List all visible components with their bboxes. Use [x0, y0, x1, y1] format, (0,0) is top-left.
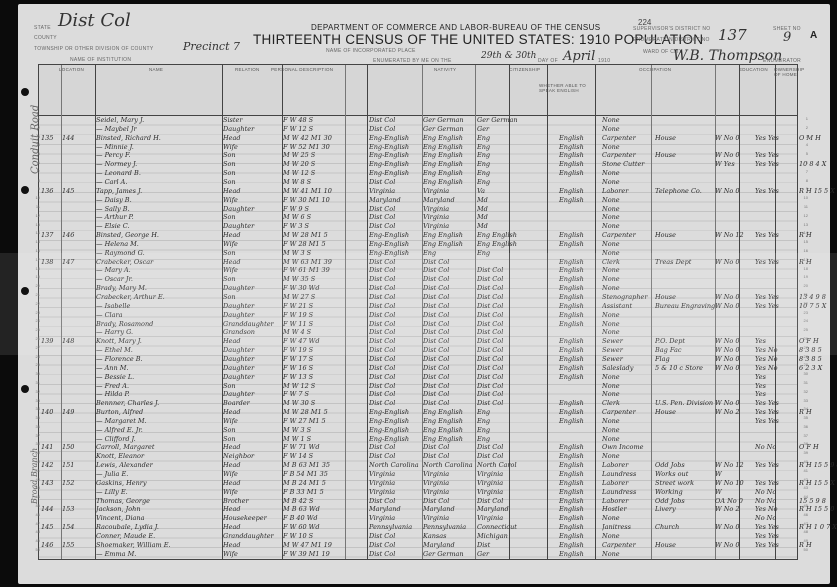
- cell-name: Knott, Eleanor: [96, 452, 221, 460]
- cell-name: Vincent, Diana: [96, 514, 221, 522]
- table-row: Brady, Mary M.DaughterF W 30 WdDist ColD…: [39, 284, 797, 293]
- cell-name: — Fred A.: [96, 382, 221, 390]
- table-header: Location Name Relation Personal Descript…: [39, 65, 797, 116]
- cell-language: English: [559, 160, 599, 168]
- cell-father-bp: Kansas: [423, 532, 475, 540]
- line-number: 39: [798, 450, 808, 459]
- cell-occupation: Saleslady: [602, 364, 652, 372]
- cell-father-bp: Dist Col: [423, 346, 475, 354]
- cell-occupation: Laborer: [602, 461, 652, 469]
- cell-dwelling: 136: [41, 187, 61, 195]
- cell-name: Binsted, George H.: [96, 231, 221, 239]
- cell-father-bp: Eng: [423, 249, 475, 257]
- cell-relation: Daughter: [223, 346, 281, 354]
- cell-family: 149: [62, 408, 84, 416]
- cell-dwelling: 143: [41, 479, 61, 487]
- cell-language: English: [559, 479, 599, 487]
- cell-birthplace: Eng-English: [369, 426, 421, 434]
- cell-education: Yes Yes: [755, 302, 797, 310]
- cell-education: Yes: [755, 382, 797, 390]
- cell-occupation: Janitress: [602, 523, 652, 531]
- cell-father-bp: Eng English: [423, 231, 475, 239]
- cell-father-bp: Virginia: [423, 187, 475, 195]
- cell-dwelling: 140: [41, 408, 61, 416]
- cell-desc: F W 48 S: [283, 116, 343, 124]
- cell-language: English: [559, 505, 599, 513]
- cell-family: 147: [62, 258, 84, 266]
- cell-birthplace: Eng-English: [369, 417, 421, 425]
- cell-mother-bp: Eng: [477, 134, 517, 142]
- cell-mother-bp: Dist Col: [477, 266, 517, 274]
- line-number: 10: [32, 195, 40, 204]
- cell-language: English: [559, 187, 599, 195]
- cell-desc: M W 63 M1 39: [283, 258, 343, 266]
- cell-employment: W No 0: [715, 541, 751, 549]
- cell-father-bp: Ger German: [423, 125, 475, 133]
- cell-name: — Maybel Jr: [96, 125, 221, 133]
- cell-language: English: [559, 258, 599, 266]
- line-number: 12: [32, 213, 40, 222]
- cell-father-bp: Dist Col: [423, 337, 475, 345]
- cell-occupation: None: [602, 328, 652, 336]
- cell-mother-bp: Dist Col: [477, 293, 517, 301]
- cell-dwelling: 138: [41, 258, 61, 266]
- line-number: 28: [32, 354, 40, 363]
- cell-name: — Hilda P.: [96, 390, 221, 398]
- cell-occupation: None: [602, 435, 652, 443]
- cell-father-bp: Maryland: [423, 541, 475, 549]
- cell-mother-bp: Eng: [477, 151, 517, 159]
- cell-father-bp: Pennsylvania: [423, 523, 475, 531]
- line-number: 29: [32, 362, 40, 371]
- cell-name: — Mary A.: [96, 266, 221, 274]
- cell-birthplace: Dist Col: [369, 320, 421, 328]
- line-number: 15: [798, 239, 808, 248]
- cell-birthplace: Dist Col: [369, 125, 421, 133]
- cell-desc: M B 63 Wd: [283, 505, 343, 513]
- cell-name: — Minnie J.: [96, 143, 221, 151]
- table-row: 144153Jackson, JohnHeadM B 63 WdMaryland…: [39, 505, 797, 514]
- cell-mother-bp: Eng: [477, 178, 517, 186]
- cell-relation: Head: [223, 461, 281, 469]
- cell-employment: W No 12: [715, 231, 751, 239]
- line-number: 20: [32, 283, 40, 292]
- cell-dwelling: 141: [41, 443, 61, 451]
- line-number: 38: [798, 441, 808, 450]
- cell-language: English: [559, 399, 599, 407]
- cell-name: — Emma M.: [96, 550, 221, 558]
- cell-family: 155: [62, 541, 84, 549]
- cell-mother-bp: Michigan: [477, 532, 517, 540]
- cell-occupation: Laundress: [602, 488, 652, 496]
- cell-occupation: Stone Cutter: [602, 160, 652, 168]
- cell-birthplace: Dist Col: [369, 390, 421, 398]
- cell-mother-bp: Dist Col: [477, 284, 517, 292]
- cell-desc: F W 13 S: [283, 373, 343, 381]
- cell-name: — Percy F.: [96, 151, 221, 159]
- cell-employment: W No 0: [715, 302, 751, 310]
- table-row: — Margaret M.WifeF W 27 M1 5Eng-EnglishE…: [39, 417, 797, 426]
- cell-father-bp: Ger German: [423, 550, 475, 558]
- cell-relation: Head: [223, 337, 281, 345]
- cell-name: — Julia E.: [96, 470, 221, 478]
- cell-father-bp: Dist Col: [423, 275, 475, 283]
- line-number: 9: [32, 186, 40, 195]
- month-value: April: [563, 49, 595, 64]
- cell-language: English: [559, 151, 599, 159]
- cell-occupation: None: [602, 452, 652, 460]
- state-value: Dist Col: [58, 10, 131, 31]
- table-row: — Fred A.SonM W 12 SDist ColDist ColDist…: [39, 382, 797, 391]
- line-number: 14: [798, 230, 808, 239]
- cell-employment: W No 0: [715, 293, 751, 301]
- cell-mother-bp: Dist Col: [477, 302, 517, 310]
- cell-relation: Head: [223, 443, 281, 451]
- cell-birthplace: Dist Col: [369, 258, 421, 266]
- cell-father-bp: Virginia: [423, 213, 475, 221]
- cell-father-bp: Eng English: [423, 240, 475, 248]
- cell-birthplace: Eng-English: [369, 151, 421, 159]
- cell-name: — Margaret M.: [96, 417, 221, 425]
- table-row: 146155Shoemaker, William E.HeadM W 47 M1…: [39, 541, 797, 550]
- cell-language: English: [559, 337, 599, 345]
- cell-relation: Brother: [223, 497, 281, 505]
- table-row: Knott, EleanorNeighborF W 14 SDist ColDi…: [39, 452, 797, 461]
- cell-family: 154: [62, 523, 84, 531]
- cell-language: English: [559, 523, 599, 531]
- cell-desc: M W 12 S: [283, 169, 343, 177]
- line-number: 11: [32, 204, 40, 213]
- cell-mother-bp: Dist Col: [477, 337, 517, 345]
- cell-relation: Daughter: [223, 390, 281, 398]
- cell-birthplace: Dist Col: [369, 302, 421, 310]
- cell-mother-bp: Eng: [477, 160, 517, 168]
- cell-father-bp: Virginia: [423, 488, 475, 496]
- table-row: — Elsie C.DaughterF W 3 SDist ColVirgini…: [39, 222, 797, 231]
- cell-mother-bp: Dist Col: [477, 382, 517, 390]
- cell-employment: W No 0: [715, 364, 751, 372]
- cell-occupation: Clerk: [602, 399, 652, 407]
- cell-name: — Florence B.: [96, 355, 221, 363]
- line-number: 14: [32, 230, 40, 239]
- cell-father-bp: Virginia: [423, 479, 475, 487]
- table-row: 135144Binsted, Richard H.HeadM W 42 M1 3…: [39, 134, 797, 143]
- line-number: 37: [32, 433, 40, 442]
- cell-name: — Lilly E.: [96, 488, 221, 496]
- cell-father-bp: Eng English: [423, 160, 475, 168]
- line-number: 35: [32, 415, 40, 424]
- cell-mother-bp: Eng: [477, 143, 517, 151]
- township-label: Township or other division of county: [34, 46, 154, 52]
- cell-father-bp: Eng English: [423, 178, 475, 186]
- cell-desc: F W 19 S: [283, 311, 343, 319]
- col-education: Education: [739, 67, 768, 72]
- enumeration-district-value: 137: [718, 26, 747, 44]
- cell-mother-bp: Md: [477, 205, 517, 213]
- cell-birthplace: Dist Col: [369, 373, 421, 381]
- cell-relation: Neighbor: [223, 452, 281, 460]
- cell-birthplace: Dist Col: [369, 266, 421, 274]
- cell-name: Brady, Rosamond: [96, 320, 221, 328]
- cell-language: English: [559, 275, 599, 283]
- table-row: — Carl A.SonM W 8 SDist ColEng EnglishEn…: [39, 178, 797, 187]
- cell-occupation: None: [602, 311, 652, 319]
- cell-industry: Working: [655, 488, 715, 496]
- line-number: 49: [798, 538, 808, 547]
- cell-education: Yes Yes: [755, 532, 797, 540]
- cell-relation: Granddaughter: [223, 320, 281, 328]
- cell-occupation: None: [602, 143, 652, 151]
- cell-desc: F W 12 S: [283, 125, 343, 133]
- table-row: — Clifford J.SonM W 1 SEng-EnglishEng En…: [39, 435, 797, 444]
- col-occupation: Occupation: [639, 67, 671, 72]
- table-row: — Hilda P.DaughterF W 7 SDist ColDist Co…: [39, 390, 797, 399]
- cell-relation: Grandson: [223, 328, 281, 336]
- cell-occupation: None: [602, 373, 652, 381]
- cell-language: English: [559, 293, 599, 301]
- cell-name: — Harry G.: [96, 328, 221, 336]
- cell-father-bp: Eng English: [423, 417, 475, 425]
- table-row: — Julia E.WifeF B 54 M1 35VirginiaVirgin…: [39, 470, 797, 479]
- cell-employment: OA No 0: [715, 497, 751, 505]
- cell-family: 151: [62, 461, 84, 469]
- cell-birthplace: Dist Col: [369, 116, 421, 124]
- cell-language: English: [559, 311, 599, 319]
- cell-relation: Wife: [223, 417, 281, 425]
- cell-birthplace: Eng-English: [369, 408, 421, 416]
- table-row: — Oscar Jr.SonM W 35 SDist ColDist ColDi…: [39, 275, 797, 284]
- line-number: 47: [798, 521, 808, 530]
- cell-education: No No: [755, 443, 797, 451]
- line-number: 10: [798, 195, 808, 204]
- cell-name: — Bessie L.: [96, 373, 221, 381]
- cell-desc: F W 52 M1 30: [283, 143, 343, 151]
- cell-education: Yes Yes: [755, 461, 797, 469]
- cell-father-bp: Eng English: [423, 151, 475, 159]
- table-row: — Lilly E.WifeF B 33 M1 5VirginiaVirgini…: [39, 488, 797, 497]
- cell-mother-bp: Md: [477, 213, 517, 221]
- cell-birthplace: Dist Col: [369, 541, 421, 549]
- line-number: 24: [798, 318, 808, 327]
- cell-industry: 5 & 10 c Store: [655, 364, 715, 372]
- cell-language: English: [559, 550, 599, 558]
- cell-name: — Sally B.: [96, 205, 221, 213]
- cell-name: — Leonard B.: [96, 169, 221, 177]
- cell-relation: Son: [223, 293, 281, 301]
- cell-occupation: None: [602, 417, 652, 425]
- line-number: 31: [32, 380, 40, 389]
- cell-mother-bp: Dist Col: [477, 390, 517, 398]
- sheet-value: 9: [783, 30, 791, 45]
- line-number: 43: [798, 485, 808, 494]
- cell-name: Jackson, John: [96, 505, 221, 513]
- cell-employment: W No 0: [715, 258, 751, 266]
- cell-occupation: Laborer: [602, 187, 652, 195]
- line-number: 44: [798, 494, 808, 503]
- cell-name: — Normey J.: [96, 160, 221, 168]
- cell-occupation: Laundress: [602, 470, 652, 478]
- cell-education: Yes No: [755, 355, 797, 363]
- cell-industry: Livery: [655, 505, 715, 513]
- cell-birthplace: Dist Col: [369, 443, 421, 451]
- line-number: 46: [798, 512, 808, 521]
- line-number: 22: [32, 301, 40, 310]
- cell-desc: M W 25 S: [283, 151, 343, 159]
- cell-birthplace: Maryland: [369, 196, 421, 204]
- cell-education: Yes Yes: [755, 293, 797, 301]
- cell-education: Yes Yes: [755, 258, 797, 266]
- cell-relation: Son: [223, 213, 281, 221]
- cell-father-bp: Dist Col: [423, 258, 475, 266]
- cell-education: Yes: [755, 373, 797, 381]
- cell-language: English: [559, 408, 599, 416]
- table-row: — Ethel M.DaughterF W 19 SDist ColDist C…: [39, 346, 797, 355]
- cell-mother-bp: Ger: [477, 125, 517, 133]
- cell-birthplace: Eng-English: [369, 435, 421, 443]
- cell-desc: M W 27 S: [283, 293, 343, 301]
- line-number: 16: [798, 248, 808, 257]
- census-sheet: State Dist Col County Township or other …: [18, 4, 830, 584]
- line-number: 27: [32, 345, 40, 354]
- line-number: 41: [798, 468, 808, 477]
- cell-desc: M B 24 M1 5: [283, 479, 343, 487]
- cell-name: — Ann M.: [96, 364, 221, 372]
- line-number: 35: [798, 415, 808, 424]
- cell-desc: F W 21 S: [283, 302, 343, 310]
- cell-occupation: None: [602, 426, 652, 434]
- table-row: Vincent, DianaHousekeeperF B 40 WdVirgin…: [39, 514, 797, 523]
- cell-industry: Odd Jobs: [655, 497, 715, 505]
- cell-father-bp: Eng English: [423, 143, 475, 151]
- line-number: 5: [798, 151, 808, 160]
- line-number: 45: [798, 503, 808, 512]
- cell-father-bp: Dist Col: [423, 390, 475, 398]
- cell-desc: F W 27 M1 5: [283, 417, 343, 425]
- cell-desc: M B 63 M1 35: [283, 461, 343, 469]
- cell-mother-bp: Dist Col: [477, 328, 517, 336]
- cell-desc: F W 3 S: [283, 222, 343, 230]
- cell-desc: M W 3 S: [283, 249, 343, 257]
- table-row: — Minnie J.WifeF W 52 M1 30Eng-EnglishEn…: [39, 143, 797, 152]
- cell-father-bp: Virginia: [423, 222, 475, 230]
- cell-education: Yes Yes: [755, 134, 797, 142]
- cell-education: Yes Yes: [755, 417, 797, 425]
- cell-occupation: Clerk: [602, 258, 652, 266]
- cell-mother-bp: Connecticut: [477, 523, 517, 531]
- cell-father-bp: Virginia: [423, 205, 475, 213]
- census-table: Location Name Relation Personal Descript…: [38, 64, 798, 560]
- cell-name: Shoemaker, William E.: [96, 541, 221, 549]
- cell-desc: F W 10 S: [283, 532, 343, 540]
- line-number: 7: [798, 169, 808, 178]
- line-number: 4: [798, 142, 808, 151]
- cell-father-bp: Virginia: [423, 470, 475, 478]
- cell-name: — Oscar Jr.: [96, 275, 221, 283]
- cell-employment: W: [715, 488, 751, 496]
- table-row: — Florence B.DaughterF W 17 SDist ColDis…: [39, 355, 797, 364]
- line-number: 15: [32, 239, 40, 248]
- table-row: 140149Burton, AlfredHeadM W 28 M1 5Eng-E…: [39, 408, 797, 417]
- cell-name: Bennner, Charles J.: [96, 399, 221, 407]
- cell-employment: W No 0: [715, 355, 751, 363]
- cell-occupation: None: [602, 213, 652, 221]
- cell-industry: Flag: [655, 355, 715, 363]
- cell-industry: House: [655, 541, 715, 549]
- line-number: 26: [798, 336, 808, 345]
- cell-desc: F W 39 M1 19: [283, 550, 343, 558]
- cell-language: English: [559, 346, 599, 354]
- cell-name: — Clifford J.: [96, 435, 221, 443]
- cell-birthplace: Virginia: [369, 187, 421, 195]
- cell-occupation: None: [602, 240, 652, 248]
- cell-relation: Wife: [223, 550, 281, 558]
- cell-education: Yes Yes: [755, 523, 797, 531]
- cell-father-bp: Dist Col: [423, 328, 475, 336]
- cell-mother-bp: Eng: [477, 408, 517, 416]
- cell-father-bp: Eng English: [423, 408, 475, 416]
- cell-relation: Housekeeper: [223, 514, 281, 522]
- cell-mother-bp: Virginia: [477, 479, 517, 487]
- cell-language: English: [559, 443, 599, 451]
- table-row: Seidel, Mary J.SisterF W 48 SDist ColGer…: [39, 116, 797, 125]
- cell-desc: M W 20 S: [283, 160, 343, 168]
- cell-birthplace: Eng-English: [369, 231, 421, 239]
- institution-label: Name of institution: [70, 57, 131, 63]
- cell-industry: Street work: [655, 479, 715, 487]
- cell-birthplace: Dist Col: [369, 293, 421, 301]
- cell-relation: Head: [223, 187, 281, 195]
- cell-family: 150: [62, 443, 84, 451]
- cell-desc: F W 9 S: [283, 205, 343, 213]
- line-number: 47: [32, 521, 40, 530]
- cell-relation: Head: [223, 258, 281, 266]
- cell-desc: F W 11 S: [283, 320, 343, 328]
- cell-relation: Daughter: [223, 222, 281, 230]
- cell-mother-bp: Virginia: [477, 488, 517, 496]
- cell-industry: House: [655, 408, 715, 416]
- cell-employment: W No 0: [715, 187, 751, 195]
- line-number: 11: [798, 204, 808, 213]
- cell-father-bp: Maryland: [423, 196, 475, 204]
- cell-birthplace: Pennsylvania: [369, 523, 421, 531]
- line-number: 19: [32, 274, 40, 283]
- cell-industry: House: [655, 231, 715, 239]
- cell-relation: Wife: [223, 266, 281, 274]
- cell-mother-bp: Dist Col: [477, 275, 517, 283]
- line-number: 27: [798, 345, 808, 354]
- line-number: 25: [798, 327, 808, 336]
- cell-employment: W No 0: [715, 523, 751, 531]
- margin-note-top: Conduit Road: [30, 105, 41, 174]
- cell-name: Thomas, George: [96, 497, 221, 505]
- cell-relation: Son: [223, 382, 281, 390]
- cell-mother-bp: Dist Col: [477, 452, 517, 460]
- cell-industry: Church: [655, 523, 715, 531]
- line-number: 46: [32, 512, 40, 521]
- cell-education: Yes Yes: [755, 399, 797, 407]
- line-number: 2: [798, 125, 808, 134]
- cell-employment: W No 0: [715, 337, 751, 345]
- table-row: 143152Gaskins, HenryHeadM B 24 M1 5Virgi…: [39, 479, 797, 488]
- cell-relation: Head: [223, 231, 281, 239]
- punch-hole: [21, 88, 29, 96]
- cell-relation: Son: [223, 160, 281, 168]
- cell-occupation: None: [602, 275, 652, 283]
- line-number: 23: [798, 310, 808, 319]
- cell-name: — Alfred E. Jr.: [96, 426, 221, 434]
- cell-birthplace: Maryland: [369, 505, 421, 513]
- cell-father-bp: Ger German: [423, 116, 475, 124]
